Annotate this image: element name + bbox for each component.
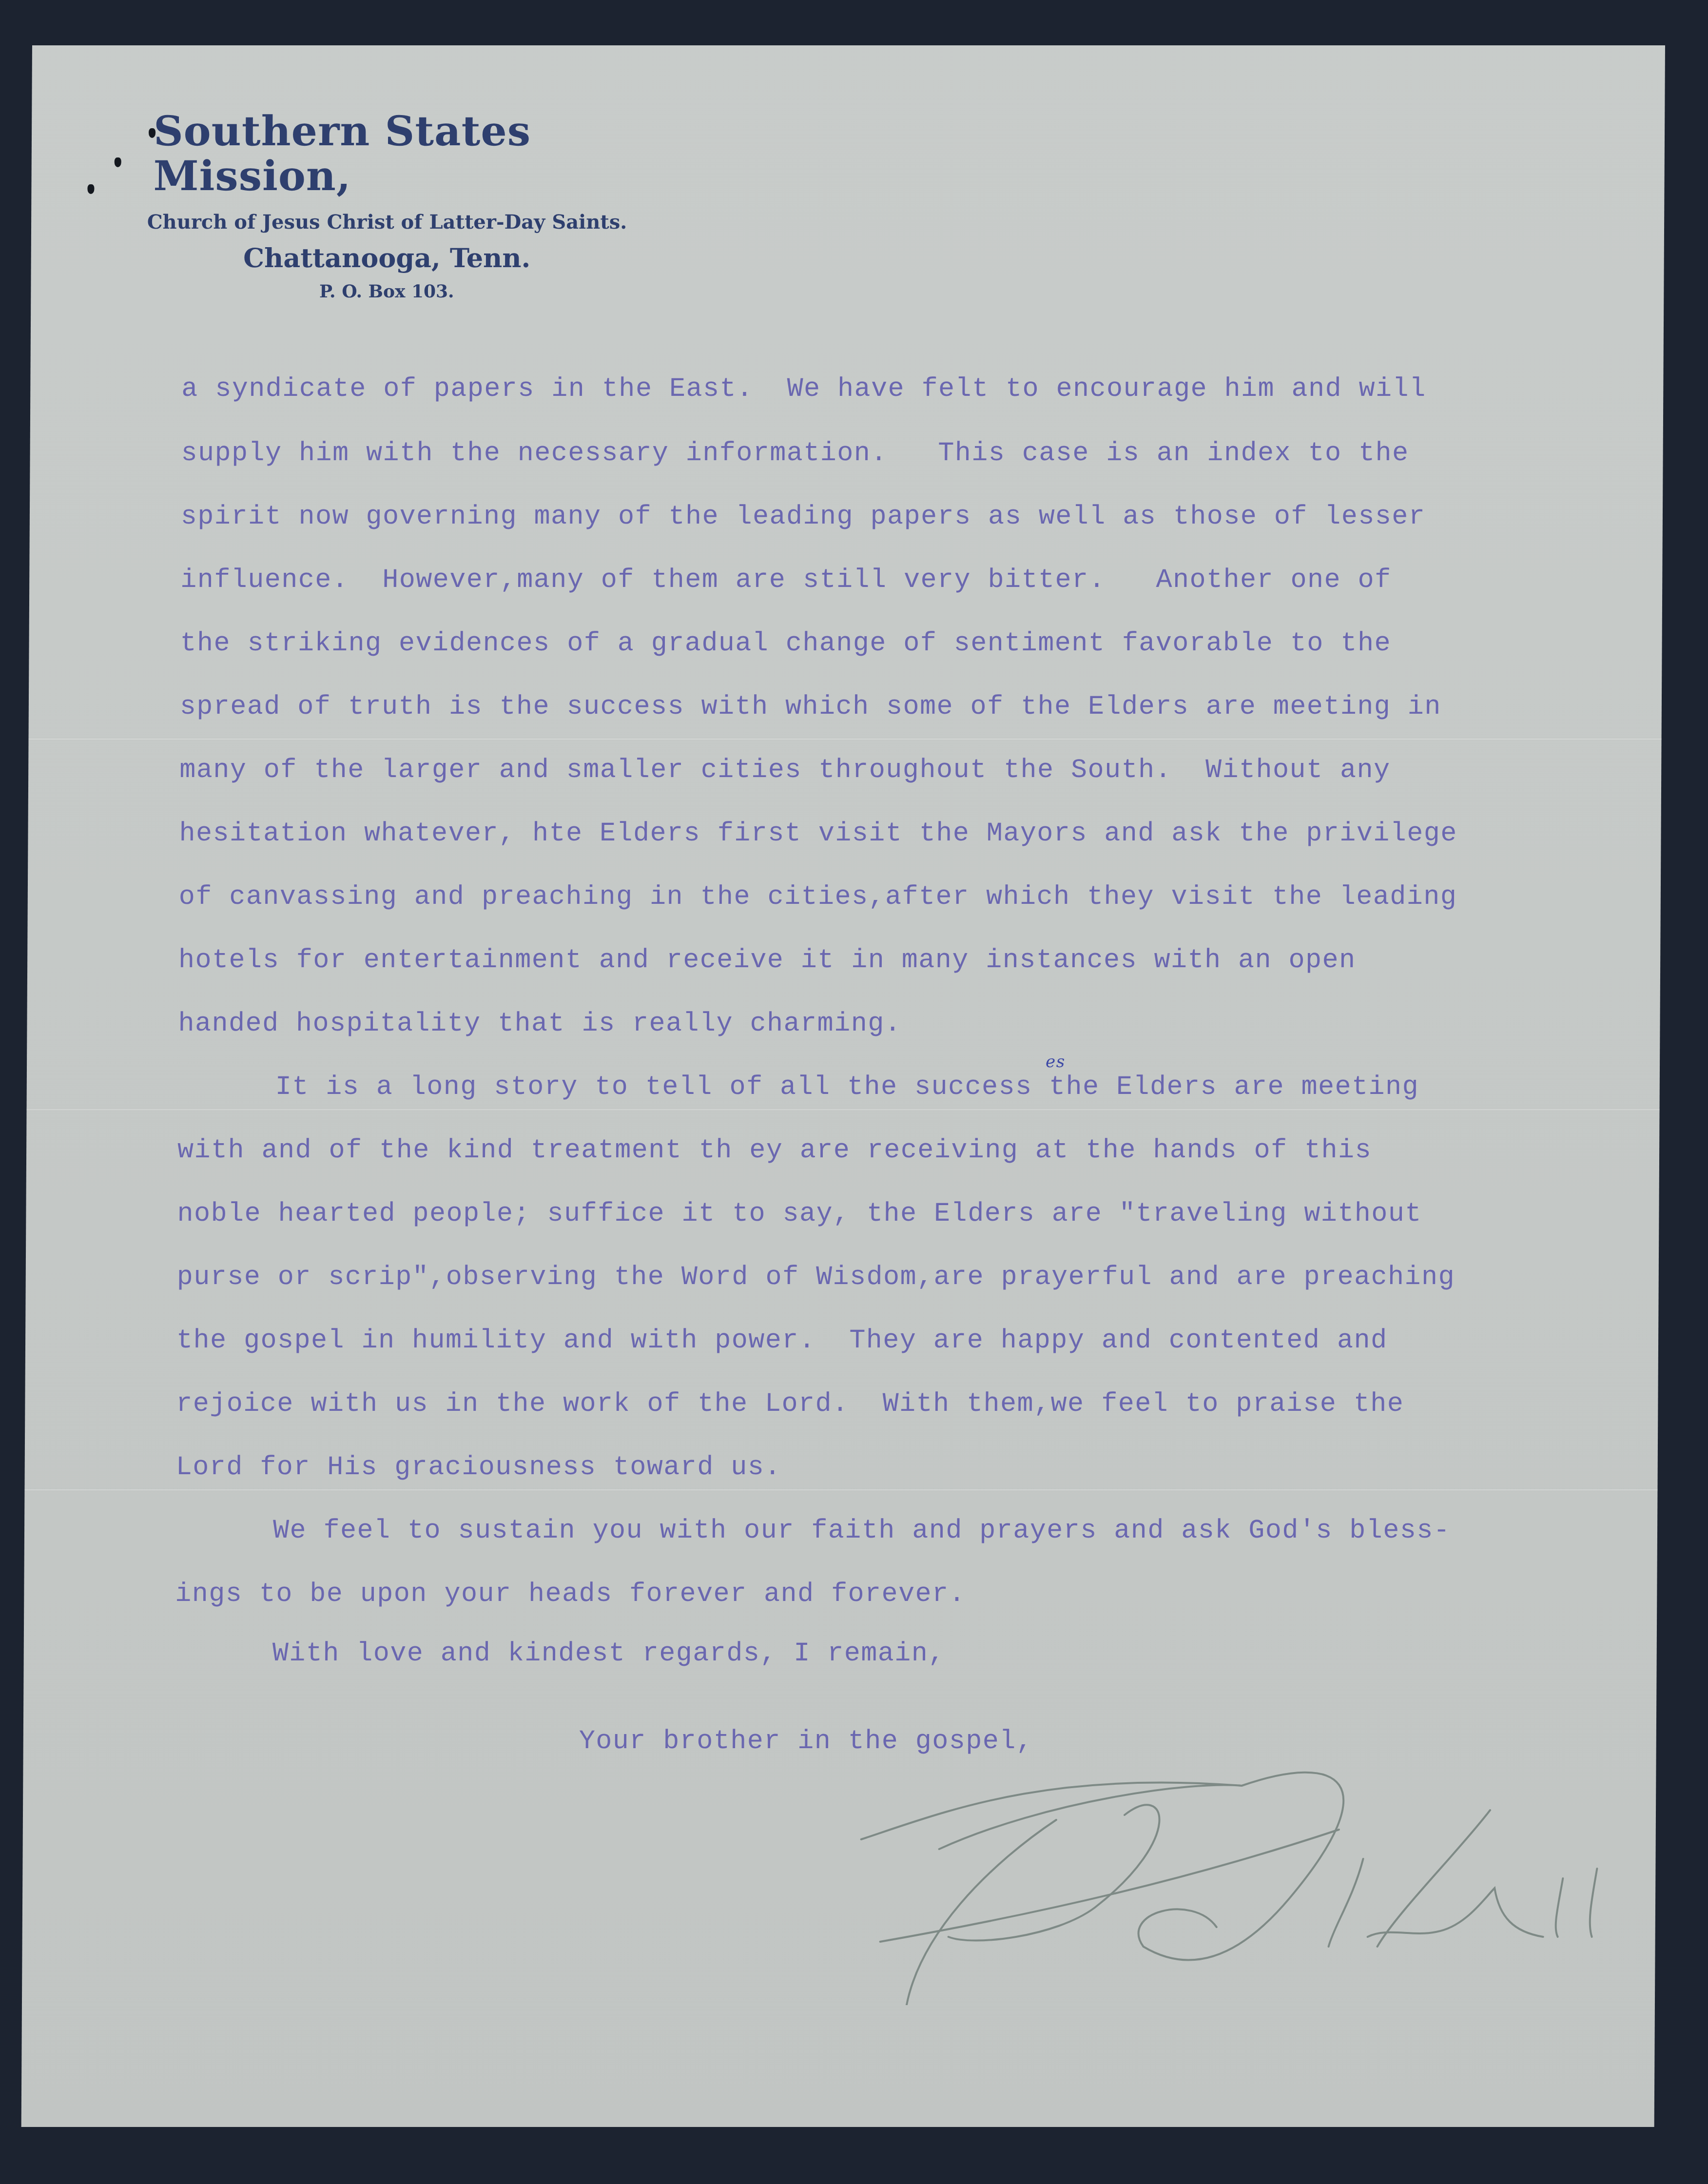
- body-line: spirit now governing many of the leading…: [181, 497, 1426, 536]
- letterhead: Southern States Mission, Church of Jesus…: [118, 109, 656, 302]
- letter-page: Southern States Mission, Church of Jesus…: [21, 45, 1665, 2127]
- body-line: a syndicate of papers in the East. We ha…: [181, 370, 1426, 409]
- body-line: influence. However,many of them are stil…: [180, 561, 1392, 600]
- letterhead-po-box: P. O. Box 103.: [118, 281, 655, 302]
- closing-regards: With love and kindest regards, I remain,: [272, 1638, 946, 1669]
- body-line: with and of the kind treatment th ey are…: [177, 1131, 1372, 1170]
- body-line: purse or scrip",observing the Word of Wi…: [177, 1258, 1456, 1297]
- body-line: noble hearted people; suffice it to say,…: [177, 1194, 1422, 1233]
- body-line: We feel to sustain you with our faith an…: [175, 1511, 1451, 1550]
- body-line: hotels for entertainment and receive it …: [178, 941, 1356, 980]
- signature-scribble-icon: [851, 1752, 1681, 2005]
- body-line: rejoice with us in the work of the Lord.…: [176, 1384, 1404, 1423]
- body-line: the gospel in humility and with power. T…: [176, 1321, 1388, 1360]
- body-line: supply him with the necessary informatio…: [181, 434, 1409, 473]
- body-line: Lord for His graciousness toward us.: [176, 1448, 782, 1487]
- body-line: handed hospitality that is really charmi…: [178, 1004, 901, 1043]
- body-line: many of the larger and smaller cities th…: [179, 751, 1391, 790]
- body-line: spread of truth is the success with whic…: [180, 687, 1441, 726]
- fold-crease: [24, 1488, 1657, 1491]
- signature: Chas. S. Kimball: [851, 1752, 1681, 2005]
- body-line: of canvassing and preaching in the citie…: [179, 877, 1457, 916]
- letterhead-city: Chattanooga, Tenn.: [119, 242, 655, 273]
- letterhead-title: Southern States Mission,: [119, 109, 656, 199]
- ink-mark-icon: [87, 184, 94, 194]
- fold-crease: [29, 738, 1662, 741]
- fold-crease: [27, 1108, 1660, 1111]
- letterhead-church: Church of Jesus Christ of Latter-Day Sai…: [119, 211, 655, 234]
- body-line: hesitation whatever, hte Elders first vi…: [179, 814, 1457, 853]
- body-line: the striking evidences of a gradual chan…: [180, 624, 1391, 663]
- body-line: It is a long story to tell of all the su…: [178, 1068, 1419, 1107]
- body-line: ings to be upon your heads forever and f…: [175, 1575, 966, 1614]
